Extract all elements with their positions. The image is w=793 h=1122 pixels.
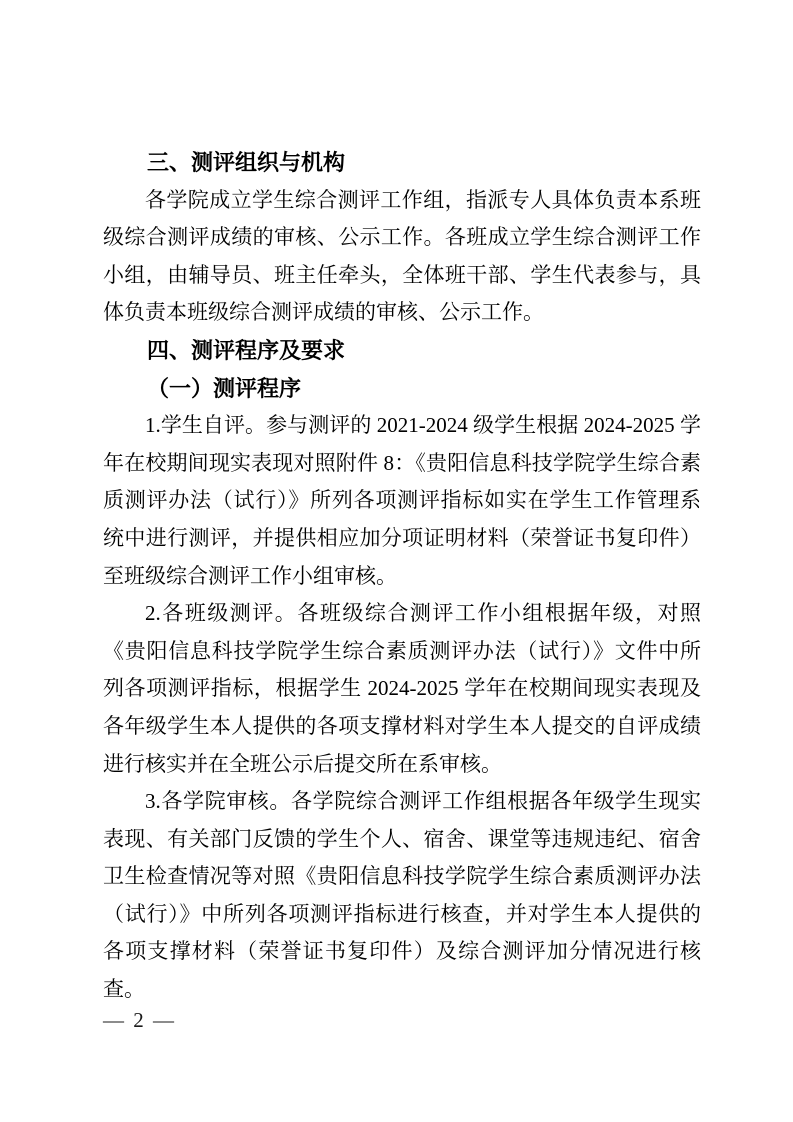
document-page: 三、测评组织与机构 各学院成立学生综合测评工作组，指派专人具体负责本系班级综合测… <box>0 0 793 1122</box>
document-body: 三、测评组织与机构 各学院成立学生综合测评工作组，指派专人具体负责本系班级综合测… <box>103 144 701 1009</box>
section-heading-evaluation-procedure: 四、测评程序及要求 <box>103 332 701 370</box>
paragraph-evaluation-organization: 各学院成立学生综合测评工作组，指派专人具体负责本系班级综合测评成绩的审核、公示工… <box>103 182 701 332</box>
subsection-heading-procedure: （一）测评程序 <box>103 370 701 408</box>
paragraph-college-review: 3.各学院审核。各学院综合测评工作组根据各年级学生现实表现、有关部门反馈的学生个… <box>103 783 701 1009</box>
paragraph-class-evaluation: 2.各班级测评。各班级综合测评工作小组根据年级，对照《贵阳信息科技学院学生综合素… <box>103 595 701 783</box>
section-heading-evaluation-organization: 三、测评组织与机构 <box>103 144 701 182</box>
page-number: — 2 — <box>103 1005 176 1035</box>
paragraph-student-self-evaluation: 1.学生自评。参与测评的 2021-2024 级学生根据 2024-2025 学… <box>103 407 701 595</box>
